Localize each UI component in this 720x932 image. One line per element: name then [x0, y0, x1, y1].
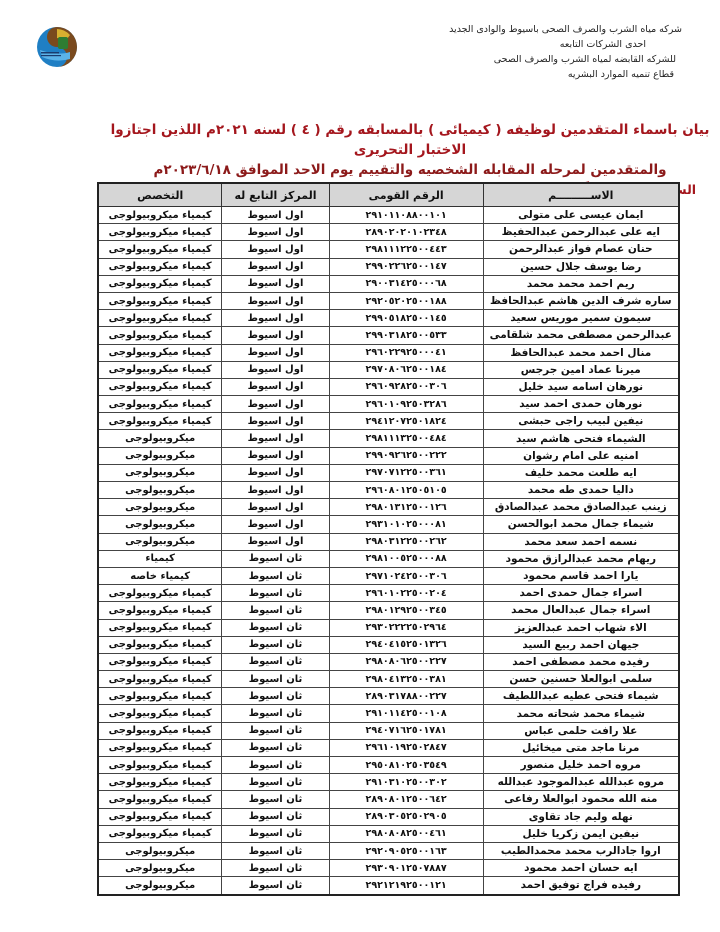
cell-name: ميرنا عماد امين جرجس [483, 361, 679, 378]
table-row: عبدالرحمن مصطفى محمد شلقامى٢٩٩٠٣١٨٢٥٠٠٥٣… [98, 327, 679, 344]
company-logo-icon [36, 26, 78, 68]
cell-name: اسراء جمال عبدالعال محمد [483, 602, 679, 619]
cell-name: عبدالرحمن مصطفى محمد شلقامى [483, 327, 679, 344]
cell-center: ثان اسيوط [222, 825, 329, 842]
table-row: مرنا ماجد متى ميخائيل٢٩٦١٠١٩٢٥٠٢٨٤٧ثان ا… [98, 739, 679, 756]
header-specialty: التخصص [98, 183, 222, 207]
cell-national-id: ٢٩٨٠٤١٣٢٥٠٠٣٨١ [329, 671, 483, 688]
cell-national-id: ٢٨٩٠٨٠١٢٥٠٠٦٤٢ [329, 791, 483, 808]
cell-national-id: ٢٩٩٠٢٢٦٢٥٠٠١٤٧ [329, 258, 483, 275]
cell-center: اول اسيوط [222, 533, 329, 550]
cell-specialty: ميكروبيولوجى [98, 533, 222, 550]
cell-specialty: كيمياء ميكروبيولوجى [98, 396, 222, 413]
cell-specialty: كيمياء ميكروبيولوجى [98, 361, 222, 378]
cell-specialty: ميكروبيولوجى [98, 877, 222, 895]
table-row: ريهام محمد عبدالرازق محمود٢٩٨١٠٠٥٢٥٠٠٠٨٨… [98, 550, 679, 567]
cell-specialty: كيمياء ميكروبيولوجى [98, 378, 222, 395]
cell-national-id: ٢٩٢١٢١٩٢٥٠٠١٢١ [329, 877, 483, 895]
cell-name: اسراء جمال حمدى احمد [483, 585, 679, 602]
table-row: شيماء جمال محمد ابوالحسن٢٩٣١٠١٠٢٥٠٠٠٨١او… [98, 516, 679, 533]
cell-national-id: ٢٩٧١٠٢٤٢٥٠٠٣٠٦ [329, 567, 483, 584]
cell-center: اول اسيوط [222, 482, 329, 499]
cell-name: علا رافت حلمى عباس [483, 722, 679, 739]
table-row: ايه على عبدالرحمن عبدالحفيظ٢٨٩٠٢٠٢٠١٠٢٣٤… [98, 224, 679, 241]
company-name: شركه مياه الشرب والصرف الصحى باسيوط والو… [382, 22, 682, 37]
cell-specialty: ميكروبيولوجى [98, 482, 222, 499]
cell-specialty: ميكروبيولوجى [98, 464, 222, 481]
cell-specialty: كيمياء ميكروبيولوجى [98, 791, 222, 808]
cell-center: اول اسيوط [222, 464, 329, 481]
cell-center: اول اسيوط [222, 430, 329, 447]
cell-name: ريم احمد محمد محمد [483, 275, 679, 292]
table-row: جيهان احمد ربيع السيد٢٩٤٠٤١٥٢٥٠١٣٢٦ثان ا… [98, 636, 679, 653]
cell-national-id: ٢٩٦٠٨٠١٢٥٠٥١٠٥ [329, 482, 483, 499]
cell-center: ثان اسيوط [222, 567, 329, 584]
header-name: الاســـــــــم [483, 183, 679, 207]
cell-specialty: ميكروبيولوجى [98, 447, 222, 464]
cell-center: ثان اسيوط [222, 774, 329, 791]
table-row: نهله وليم جاد تقاوى٢٨٩٠٣٠٥٢٥٠٢٩٠٥ثان اسي… [98, 808, 679, 825]
cell-national-id: ٢٩٠٠٣١٤٢٥٠٠٠٦٨ [329, 275, 483, 292]
table-row: رضا يوسف جلال حسين٢٩٩٠٢٢٦٢٥٠٠١٤٧اول اسيو… [98, 258, 679, 275]
cell-specialty: كيمياء ميكروبيولوجى [98, 739, 222, 756]
cell-national-id: ٢٩٨٠٨٠٨٢٥٠٠٤٦١ [329, 825, 483, 842]
cell-national-id: ٢٩٨٠١٣١٢٥٠٠١٢٦ [329, 499, 483, 516]
table-row: ايه طلعت محمد خليف٢٩٧٠٧١٢٢٥٠٠٣٦١اول اسيو… [98, 464, 679, 481]
cell-name: مرنا ماجد متى ميخائيل [483, 739, 679, 756]
cell-center: اول اسيوط [222, 292, 329, 309]
table-row: سيمون سمير موريس سعيد٢٩٩٠٥١٨٢٥٠٠١٤٥اول ا… [98, 310, 679, 327]
cell-national-id: ٢٩٦٠١٠٩٢٥٠٣٢٨٦ [329, 396, 483, 413]
company-affiliation: احدى الشركات التابعه [382, 37, 682, 52]
cell-name: سلمى ابوالعلا حسنين حسن [483, 671, 679, 688]
cell-name: زينب عبدالصادق محمد عبدالصادق [483, 499, 679, 516]
cell-center: اول اسيوط [222, 413, 329, 430]
table-row: شيماء فتحى عطيه عبداللطيف٢٨٩٠٣١٧٨٨٠٠٢٢٧ث… [98, 688, 679, 705]
cell-name: ايه حسان احمد محمود [483, 860, 679, 877]
cell-name: رفيده فراج توفيق احمد [483, 877, 679, 895]
cell-national-id: ٢٩٧٠٧١٢٢٥٠٠٣٦١ [329, 464, 483, 481]
table-body: ايمان عيسى على متولى٢٩١٠١١٠٨٨٠٠١٠١اول اس… [98, 207, 679, 895]
candidates-table: الاســـــــــم الرقم القومى المركز التاب… [97, 182, 680, 896]
cell-name: ايه على عبدالرحمن عبدالحفيظ [483, 224, 679, 241]
cell-national-id: ٢٩٦٠١٠٢٢٥٠٠٢٠٤ [329, 585, 483, 602]
cell-name: نهله وليم جاد تقاوى [483, 808, 679, 825]
cell-center: ثان اسيوط [222, 722, 329, 739]
cell-national-id: ٢٩٨٠٣١٢٢٥٠٠٢٦٢ [329, 533, 483, 550]
cell-national-id: ٢٩٥٠٨١٠٢٥٠٣٥٤٩ [329, 757, 483, 774]
cell-specialty: كيمياء ميكروبيولوجى [98, 292, 222, 309]
table-row: يارا احمد قاسم محمود٢٩٧١٠٢٤٢٥٠٠٣٠٦ثان اس… [98, 567, 679, 584]
cell-name: يارا احمد قاسم محمود [483, 567, 679, 584]
cell-specialty: كيمياء ميكروبيولوجى [98, 774, 222, 791]
cell-name: رضا يوسف جلال حسين [483, 258, 679, 275]
cell-specialty: كيمياء ميكروبيولوجى [98, 688, 222, 705]
cell-specialty: ميكروبيولوجى [98, 516, 222, 533]
cell-name: الاء شهاب احمد عبدالعزيز [483, 619, 679, 636]
table-row: ايمان عيسى على متولى٢٩١٠١١٠٨٨٠٠١٠١اول اس… [98, 207, 679, 224]
cell-center: ثان اسيوط [222, 550, 329, 567]
cell-name: شيماء محمد شحاته محمد [483, 705, 679, 722]
cell-center: ثان اسيوط [222, 602, 329, 619]
cell-name: اروا جادالرب محمد محمدالطيب [483, 842, 679, 859]
cell-name: نسمه احمد سعد محمد [483, 533, 679, 550]
table-row: نسمه احمد سعد محمد٢٩٨٠٣١٢٢٥٠٠٢٦٢اول اسيو… [98, 533, 679, 550]
cell-name: سيمون سمير موريس سعيد [483, 310, 679, 327]
cell-specialty: كيمياء ميكروبيولوجى [98, 413, 222, 430]
title-line-2: والمتقدمين لمرحله المقابله الشخصيه والتق… [100, 160, 720, 180]
cell-center: اول اسيوط [222, 378, 329, 395]
cell-specialty: ميكروبيولوجى [98, 499, 222, 516]
cell-center: ثان اسيوط [222, 877, 329, 895]
cell-specialty: ميكروبيولوجى [98, 430, 222, 447]
cell-national-id: ٢٩٣٠٩٠١٢٥٠٧٨٨٧ [329, 860, 483, 877]
table-row: رفيده محمد مصطفى احمد٢٩٨٠٨٠٦٢٥٠٠٢٢٧ثان ا… [98, 653, 679, 670]
cell-specialty: كيمياء ميكروبيولوجى [98, 705, 222, 722]
cell-national-id: ٢٩٤١٢٠٧٢٥٠١٨٢٤ [329, 413, 483, 430]
cell-national-id: ٢٩٩٠٣١٨٢٥٠٠٥٣٣ [329, 327, 483, 344]
cell-national-id: ٢٩١٠٣١٠٢٥٠٠٣٠٢ [329, 774, 483, 791]
table-row: ريم احمد محمد محمد٢٩٠٠٣١٤٢٥٠٠٠٦٨اول اسيو… [98, 275, 679, 292]
cell-name: امنيه على امام رشوان [483, 447, 679, 464]
cell-specialty: كيمياء ميكروبيولوجى [98, 619, 222, 636]
cell-national-id: ٢٩٨١٠٠٥٢٥٠٠٠٨٨ [329, 550, 483, 567]
cell-specialty: كيمياء ميكروبيولوجى [98, 722, 222, 739]
cell-national-id: ٢٨٩٠٢٠٢٠١٠٢٣٤٨ [329, 224, 483, 241]
table-row: الاء شهاب احمد عبدالعزيز٢٩٣٠٢٢٢٢٥٠٢٩٦٤ثا… [98, 619, 679, 636]
table-row: مروه عبدالله عبدالموجود عبدالله٢٩١٠٣١٠٢٥… [98, 774, 679, 791]
cell-name: ساره شرف الدين هاشم عبدالحافظ [483, 292, 679, 309]
cell-name: ايمان عيسى على متولى [483, 207, 679, 224]
cell-center: ثان اسيوط [222, 757, 329, 774]
table-row: منه الله محمود ابوالعلا رفاعى٢٨٩٠٨٠١٢٥٠٠… [98, 791, 679, 808]
cell-center: اول اسيوط [222, 361, 329, 378]
cell-national-id: ٢٨٩٠٣١٧٨٨٠٠٢٢٧ [329, 688, 483, 705]
cell-center: اول اسيوط [222, 447, 329, 464]
cell-specialty: كيمياء ميكروبيولوجى [98, 636, 222, 653]
table-row: نيفين ايمن زكريا خليل٢٩٨٠٨٠٨٢٥٠٠٤٦١ثان ا… [98, 825, 679, 842]
cell-name: نيفين لبيب راجى حبشى [483, 413, 679, 430]
cell-specialty: كيمياء ميكروبيولوجى [98, 241, 222, 258]
cell-name: منال احمد محمد عبدالحافظ [483, 344, 679, 361]
table-row: شيماء محمد شحاته محمد٢٩١٠١١٤٢٥٠٠١٠٨ثان ا… [98, 705, 679, 722]
cell-name: الشيماء فتحى هاشم سيد [483, 430, 679, 447]
table-row: ايه حسان احمد محمود٢٩٣٠٩٠١٢٥٠٧٨٨٧ثان اسي… [98, 860, 679, 877]
cell-center: اول اسيوط [222, 275, 329, 292]
cell-national-id: ٢٩٦٠٩٢٨٢٥٠٠٣٠٦ [329, 378, 483, 395]
cell-center: ثان اسيوط [222, 585, 329, 602]
cell-national-id: ٢٩٨١١١٣٢٥٠٠٤٨٤ [329, 430, 483, 447]
table-row: امنيه على امام رشوان٢٩٩٠٩٢٦٢٥٠٠٢٢٢اول اس… [98, 447, 679, 464]
cell-center: ثان اسيوط [222, 688, 329, 705]
cell-center: ثان اسيوط [222, 671, 329, 688]
cell-center: ثان اسيوط [222, 791, 329, 808]
cell-center: اول اسيوط [222, 224, 329, 241]
table-row: حنان عصام فواز عبدالرحمن٢٩٨١١١٢٢٥٠٠٤٤٣او… [98, 241, 679, 258]
header-national-id: الرقم القومى [329, 183, 483, 207]
cell-national-id: ٢٩٦٠٢٢٩٢٥٠٠٠٤١ [329, 344, 483, 361]
cell-specialty: كيمياء ميكروبيولوجى [98, 808, 222, 825]
cell-specialty: كيمياء ميكروبيولوجى [98, 327, 222, 344]
cell-center: اول اسيوط [222, 516, 329, 533]
table-row: نورهان اسامه سيد خليل٢٩٦٠٩٢٨٢٥٠٠٣٠٦اول ا… [98, 378, 679, 395]
cell-center: ثان اسيوط [222, 705, 329, 722]
cell-name: ايه طلعت محمد خليف [483, 464, 679, 481]
table-row: ساره شرف الدين هاشم عبدالحافظ٢٩٢٠٥٢٠٢٥٠٠… [98, 292, 679, 309]
table-row: داليا حمدى طه محمد٢٩٦٠٨٠١٢٥٠٥١٠٥اول اسيو… [98, 482, 679, 499]
cell-center: ثان اسيوط [222, 842, 329, 859]
cell-national-id: ٢٩٨١١١٢٢٥٠٠٤٤٣ [329, 241, 483, 258]
table-row: منال احمد محمد عبدالحافظ٢٩٦٠٢٢٩٢٥٠٠٠٤١او… [98, 344, 679, 361]
cell-specialty: كيمياء ميكروبيولوجى [98, 224, 222, 241]
cell-name: جيهان احمد ربيع السيد [483, 636, 679, 653]
cell-national-id: ٢٩٤٠٤١٥٢٥٠١٣٢٦ [329, 636, 483, 653]
cell-name: ريهام محمد عبدالرازق محمود [483, 550, 679, 567]
table-row: زينب عبدالصادق محمد عبدالصادق٢٩٨٠١٣١٢٥٠٠… [98, 499, 679, 516]
cell-national-id: ٢٩٦١٠١٩٢٥٠٢٨٤٧ [329, 739, 483, 756]
cell-center: اول اسيوط [222, 396, 329, 413]
cell-national-id: ٢٩٨٠١٢٩٢٥٠٠٣٤٥ [329, 602, 483, 619]
cell-specialty: كيمياء ميكروبيولوجى [98, 653, 222, 670]
table-row: اسراء جمال حمدى احمد٢٩٦٠١٠٢٢٥٠٠٢٠٤ثان اس… [98, 585, 679, 602]
cell-name: نورهان حمدى احمد سيد [483, 396, 679, 413]
cell-national-id: ٢٩٣١٠١٠٢٥٠٠٠٨١ [329, 516, 483, 533]
cell-specialty: كيمياء ميكروبيولوجى [98, 585, 222, 602]
cell-national-id: ٢٩٢٠٥٢٠٢٥٠٠١٨٨ [329, 292, 483, 309]
table-row: اسراء جمال عبدالعال محمد٢٩٨٠١٢٩٢٥٠٠٣٤٥ثا… [98, 602, 679, 619]
table-row: علا رافت حلمى عباس٢٩٤٠٧١٦٢٥٠١٧٨١ثان اسيو… [98, 722, 679, 739]
cell-name: داليا حمدى طه محمد [483, 482, 679, 499]
letterhead: شركه مياه الشرب والصرف الصحى باسيوط والو… [382, 22, 682, 82]
cell-specialty: كيمياء ميكروبيولوجى [98, 258, 222, 275]
cell-center: اول اسيوط [222, 344, 329, 361]
table-row: رفيده فراج توفيق احمد٢٩٢١٢١٩٢٥٠٠١٢١ثان ا… [98, 877, 679, 895]
cell-specialty: كيمياء ميكروبيولوجى [98, 275, 222, 292]
cell-name: مروه عبدالله عبدالموجود عبدالله [483, 774, 679, 791]
table-row: ميرنا عماد امين جرجس٢٩٧٠٨٠٦٢٥٠٠١٨٤اول اس… [98, 361, 679, 378]
cell-center: اول اسيوط [222, 327, 329, 344]
cell-center: ثان اسيوط [222, 619, 329, 636]
department-name: قطاع تنميه الموارد البشريه [382, 67, 682, 82]
cell-center: اول اسيوط [222, 207, 329, 224]
cell-specialty: كيمياء ميكروبيولوجى [98, 671, 222, 688]
header-center: المركز التابع له [222, 183, 329, 207]
cell-national-id: ٢٨٩٠٣٠٥٢٥٠٢٩٠٥ [329, 808, 483, 825]
cell-center: ثان اسيوط [222, 808, 329, 825]
cell-specialty: كيمياء خاصه [98, 567, 222, 584]
table-header-row: الاســـــــــم الرقم القومى المركز التاب… [98, 183, 679, 207]
cell-specialty: كيمياء ميكروبيولوجى [98, 310, 222, 327]
cell-name: نورهان اسامه سيد خليل [483, 378, 679, 395]
table-row: سلمى ابوالعلا حسنين حسن٢٩٨٠٤١٣٢٥٠٠٣٨١ثان… [98, 671, 679, 688]
cell-name: شيماء جمال محمد ابوالحسن [483, 516, 679, 533]
cell-specialty: كيمياء ميكروبيولوجى [98, 825, 222, 842]
cell-name: نيفين ايمن زكريا خليل [483, 825, 679, 842]
cell-center: اول اسيوط [222, 310, 329, 327]
cell-national-id: ٢٩٧٠٨٠٦٢٥٠٠١٨٤ [329, 361, 483, 378]
cell-national-id: ٢٩٢٠٩٠٥٢٥٠٠١٦٣ [329, 842, 483, 859]
table-row: اروا جادالرب محمد محمدالطيب٢٩٢٠٩٠٥٢٥٠٠١٦… [98, 842, 679, 859]
cell-specialty: كيمياء ميكروبيولوجى [98, 602, 222, 619]
cell-center: ثان اسيوط [222, 636, 329, 653]
cell-specialty: كيمياء [98, 550, 222, 567]
cell-national-id: ٢٩٣٠٢٢٢٢٥٠٢٩٦٤ [329, 619, 483, 636]
cell-national-id: ٢٩٩٠٩٢٦٢٥٠٠٢٢٢ [329, 447, 483, 464]
holding-company: للشركه القابضه لمياه الشرب والصرف الصحى [382, 52, 682, 67]
cell-specialty: ميكروبيولوجى [98, 842, 222, 859]
cell-name: رفيده محمد مصطفى احمد [483, 653, 679, 670]
cell-specialty: كيمياء ميكروبيولوجى [98, 344, 222, 361]
cell-national-id: ٢٩٩٠٥١٨٢٥٠٠١٤٥ [329, 310, 483, 327]
cell-national-id: ٢٩٨٠٨٠٦٢٥٠٠٢٢٧ [329, 653, 483, 670]
title-line-1: بيان باسماء المتقدمين لوظيفه ( كيميائى )… [100, 120, 720, 160]
cell-center: ثان اسيوط [222, 739, 329, 756]
cell-center: ثان اسيوط [222, 653, 329, 670]
table-row: نورهان حمدى احمد سيد٢٩٦٠١٠٩٢٥٠٣٢٨٦اول اس… [98, 396, 679, 413]
cell-national-id: ٢٩١٠١١٠٨٨٠٠١٠١ [329, 207, 483, 224]
cell-name: شيماء فتحى عطيه عبداللطيف [483, 688, 679, 705]
table-row: الشيماء فتحى هاشم سيد٢٩٨١١١٣٢٥٠٠٤٨٤اول ا… [98, 430, 679, 447]
table-row: مروه احمد خليل منصور٢٩٥٠٨١٠٢٥٠٣٥٤٩ثان اس… [98, 757, 679, 774]
cell-center: ثان اسيوط [222, 860, 329, 877]
cell-center: اول اسيوط [222, 241, 329, 258]
cell-national-id: ٢٩١٠١١٤٢٥٠٠١٠٨ [329, 705, 483, 722]
cell-national-id: ٢٩٤٠٧١٦٢٥٠١٧٨١ [329, 722, 483, 739]
cell-specialty: كيمياء ميكروبيولوجى [98, 757, 222, 774]
cell-specialty: كيمياء ميكروبيولوجى [98, 207, 222, 224]
cell-specialty: ميكروبيولوجى [98, 860, 222, 877]
cell-center: اول اسيوط [222, 258, 329, 275]
cell-center: اول اسيوط [222, 499, 329, 516]
cell-name: حنان عصام فواز عبدالرحمن [483, 241, 679, 258]
cell-name: مروه احمد خليل منصور [483, 757, 679, 774]
cell-name: منه الله محمود ابوالعلا رفاعى [483, 791, 679, 808]
table-row: نيفين لبيب راجى حبشى٢٩٤١٢٠٧٢٥٠١٨٢٤اول اس… [98, 413, 679, 430]
